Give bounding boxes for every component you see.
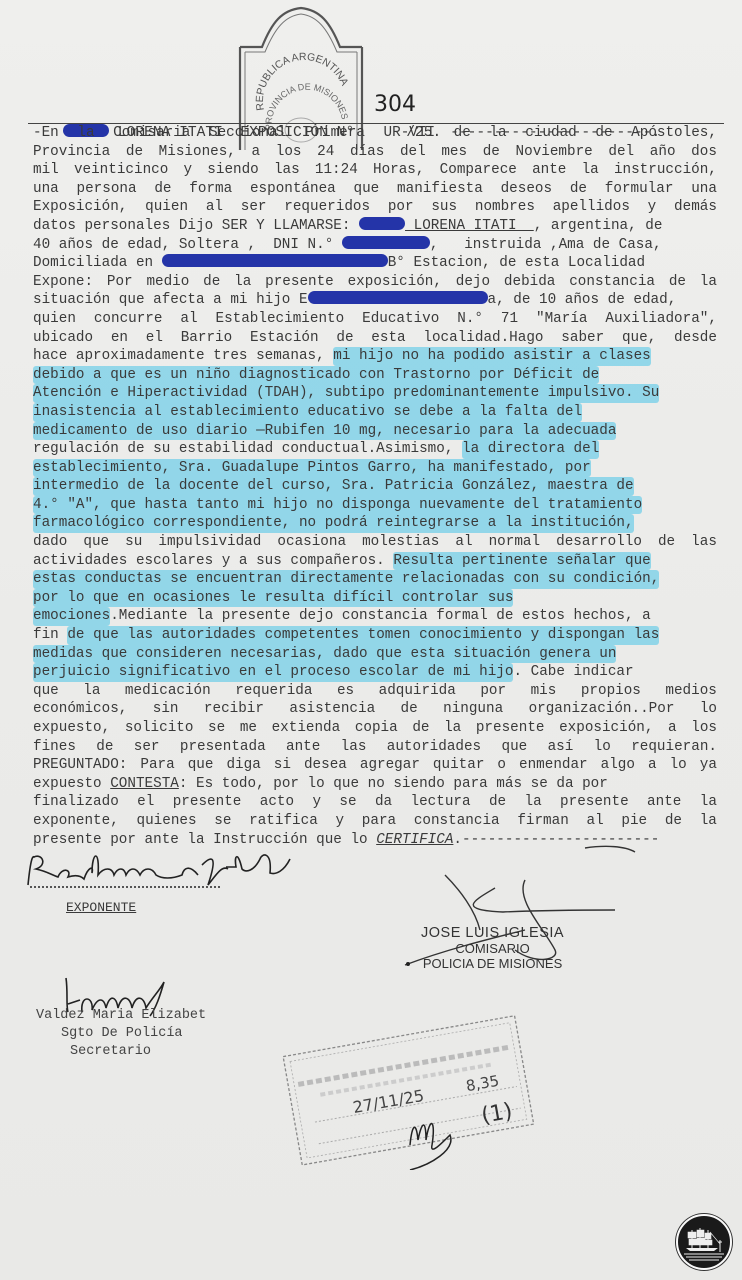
text-line: Expone:Pormediodelapresenteexposición,de…: [33, 273, 717, 292]
text-segment: B° Estacion, de esta Localidad: [388, 254, 645, 273]
text-line: Domiciliada en B° Estacion, de esta Loca…: [33, 254, 717, 273]
text-line: intermedio de la docente del curso, Sra.…: [33, 477, 717, 496]
text-line: regulación de su estabilidad conductual.…: [33, 440, 717, 459]
text-line: estas conductas se encuentran directamen…: [33, 570, 717, 589]
text-line: quelamedicaciónrequeridaesadquiridapormi…: [33, 682, 717, 701]
text-line: ubicadoenelBarrioEstacióndeestalocalidad…: [33, 329, 717, 348]
text-segment: Domiciliada en: [33, 254, 162, 273]
commissioner-name: JOSE LUIS IGLESIA: [421, 925, 564, 941]
text-line: PREGUNTADO:Paraquedigasideseaagregarquit…: [33, 756, 717, 775]
text-segment: 40 años de edad, Soltera , DNI N.°: [33, 236, 342, 255]
text-line: 4.° "A", que hasta tanto mi hijo no disp…: [33, 496, 717, 515]
highlighted-text: estas conductas se encuentran directamen…: [33, 570, 659, 589]
secretary-name: Valdez Maria Elizabet: [36, 1007, 206, 1025]
signature-dotted-line: [30, 886, 220, 888]
text-line: hace aproximadamente tres semanas, mi hi…: [33, 347, 717, 366]
text-line: inasistencia al establecimiento educativ…: [33, 403, 717, 422]
redacted-text: [308, 291, 488, 304]
text-line: debido a que es un niño diagnosticado co…: [33, 366, 717, 385]
text-line: fin de que las autoridades competentes t…: [33, 626, 717, 645]
document-header: LORENA ITATI EXPOSICIÓN N°/25. ---------…: [28, 103, 724, 124]
scanned-document-page: REPUBLICA ARGENTINA PROVINCIA DE MISIONE…: [0, 0, 742, 1280]
text-line: emociones.Mediante la presente dejo cons…: [33, 607, 717, 626]
text-line: finalizadoelpresenteactoysedalecturadela…: [33, 793, 717, 812]
text-line: Exposición,quienalserrequeridosporsusnom…: [33, 198, 717, 217]
highlighted-text: intermedio de la docente del curso, Sra.…: [33, 477, 634, 496]
stamp-time: 8,35: [465, 1072, 501, 1096]
highlighted-text: inasistencia al establecimiento educativ…: [33, 403, 582, 422]
handwritten-exposition-number: 304: [374, 95, 416, 115]
highlighted-text: 4.° "A", que hasta tanto mi hijo no disp…: [33, 496, 642, 515]
text-line: exponente,quienesseratificayparaconstanc…: [33, 812, 717, 831]
text-segment: LORENA ITATI: [405, 217, 534, 236]
highlighted-text: farmacológico correspondiente, no podrá …: [33, 514, 634, 533]
text-line: unapersonadeformaespontáneaquemanifiesta…: [33, 180, 717, 199]
text-segment: fin: [33, 626, 67, 645]
text-segment: a, de 10 años de edad,: [488, 291, 677, 310]
text-segment: . Cabe indicar: [513, 663, 633, 682]
highlighted-text: emociones: [33, 607, 110, 626]
highlighted-text: mi hijo no ha podido asistir a clases: [333, 347, 650, 366]
highlighted-text: la directora del: [462, 440, 599, 459]
text-line: finesdeserpresentadaantelasautoridadesqu…: [33, 738, 717, 757]
text-line: Atención e Hiperactividad (TDAH), subtip…: [33, 384, 717, 403]
highlighted-text: de que las autoridades competentes tomen…: [67, 626, 659, 645]
highlighted-text: Atención e Hiperactividad (TDAH), subtip…: [33, 384, 659, 403]
text-segment: datos personales Dijo SER Y LLAMARSE:: [33, 217, 359, 236]
text-line: por lo que en ocasiones le resulta difíc…: [33, 589, 717, 608]
text-line: -EnlaComisariaSeccionalPrimeraUR-VIIdela…: [33, 124, 717, 143]
text-line: expuesto,solicitosemeextiendacopiadelapr…: [33, 719, 717, 738]
text-line: establecimiento, Sra. Guadalupe Pintos G…: [33, 459, 717, 478]
text-line: actividades escolares y a sus compañeros…: [33, 552, 717, 571]
redacted-text: [342, 236, 430, 249]
secretary-rank: Sgto De Policía: [36, 1025, 206, 1043]
text-line: quienconcurrealEstablecimientoEducativoN…: [33, 310, 717, 329]
stamp-count: (1): [479, 1099, 514, 1129]
text-segment: .Mediante la presente dejo constancia fo…: [110, 607, 651, 626]
text-line: medicamento de uso diario —Rubifen 10 mg…: [33, 422, 717, 441]
text-segment: : Es todo, por lo que no siendo para más…: [179, 775, 608, 794]
highlighted-text: por lo que en ocasiones le resulta difíc…: [33, 589, 513, 608]
secretary-role: Secretario: [36, 1043, 206, 1061]
text-segment: , argentina, de: [534, 217, 663, 236]
redacted-text: [162, 254, 388, 267]
redacted-text: [359, 217, 405, 230]
sailing-ship-logo-icon: [676, 1214, 732, 1270]
commissioner-organization: POLICIA DE MISIONES: [421, 956, 564, 971]
text-line: datos personales Dijo SER Y LLAMARSE: LO…: [33, 217, 717, 236]
text-segment: hace aproximadamente tres semanas,: [33, 347, 333, 366]
text-line: medidas que consideren necesarias, dado …: [33, 645, 717, 664]
secretary-block: Valdez Maria Elizabet Sgto De Policía Se…: [36, 1007, 206, 1061]
receipt-stamp-icon: 27/11/25 8,35 (1): [280, 995, 540, 1170]
exposition-body-text: -EnlaComisariaSeccionalPrimeraUR-VIIdela…: [33, 124, 717, 849]
highlighted-text: Resulta pertinente señalar que: [393, 552, 650, 571]
text-line: perjuicio significativo en el proceso es…: [33, 663, 717, 682]
text-segment: regulación de su estabilidad conductual.…: [33, 440, 462, 459]
text-line: expuesto CONTESTA: Es todo, por lo que n…: [33, 775, 717, 794]
text-segment: CONTESTA: [110, 775, 179, 794]
text-segment: actividades escolares y a sus compañeros…: [33, 552, 393, 571]
highlighted-text: debido a que es un niño diagnosticado co…: [33, 366, 599, 385]
highlighted-text: perjuicio significativo en el proceso es…: [33, 663, 513, 682]
text-segment: expuesto: [33, 775, 110, 794]
commissioner-stamp: JOSE LUIS IGLESIA COMISARIO POLICIA DE M…: [421, 925, 564, 971]
commissioner-rank: COMISARIO: [421, 941, 564, 956]
text-segment: situación que afecta a mi hijo E: [33, 291, 308, 310]
exponente-label: EXPONENTE: [66, 900, 136, 915]
text-line: farmacológico correspondiente, no podrá …: [33, 514, 717, 533]
text-line: situación que afecta a mi hijo Ea, de 10…: [33, 291, 717, 310]
highlighted-text: establecimiento, Sra. Guadalupe Pintos G…: [33, 459, 591, 478]
text-line: 40 años de edad, Soltera , DNI N.° , ins…: [33, 236, 717, 255]
highlighted-text: medicamento de uso diario —Rubifen 10 mg…: [33, 422, 616, 441]
text-line: ProvinciadeMisiones,alos24díasdelmesdeNo…: [33, 143, 717, 162]
text-line: milveinticincoysiendolas11:24Horas,Compa…: [33, 161, 717, 180]
text-line: económicos,sinrecibirasistenciadeninguna…: [33, 700, 717, 719]
stamp-date: 27/11/25: [351, 1086, 425, 1117]
text-line: dadoquesuimpulsividadocasionamolestiasal…: [33, 533, 717, 552]
highlighted-text: medidas que consideren necesarias, dado …: [33, 645, 616, 664]
text-segment: , instruida ,Ama de Casa,: [430, 236, 662, 255]
